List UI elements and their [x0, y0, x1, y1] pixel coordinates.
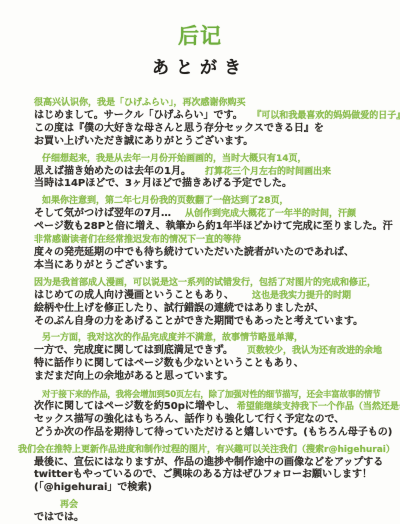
reflection-jp-unsatisfied: 一方で、完成度に関しては到底満足できず。	[34, 345, 233, 356]
next-work-jp-expect: どうか次の作品を期待して待っていただけると嬉しいです。(もちろん母子もの)	[34, 427, 396, 440]
first-work-jp-trial: 絵柄や仕上げを修正したり、試行錯誤の連続ではありましたが、	[34, 303, 396, 316]
greeting-jp-thanks: お買い上げいただき誠にありがとうございます。	[34, 136, 396, 149]
next-work-jp-sex: セックス描写の強化はもちろん、話作りも強化して行く予定なので、	[34, 414, 396, 427]
title-japanese: あとがき	[0, 53, 400, 78]
reflection-jp-room: まだまだ向上の余地があると思っています。	[34, 371, 396, 384]
twitter-jp-ad1: 最後に、宣伝にはなりますが、作品の進捗や制作途中の画像などをアップする	[34, 457, 396, 470]
farewell-cn-bye: 再会	[34, 499, 396, 512]
section-first-adult-work: 因为是我首部成人漫画，可以说是这一系列的试错发行，包括了对图片的完成和修正， は…	[34, 277, 396, 329]
first-work-jp-first: はじめての成人向け漫画ということもあり、	[34, 290, 234, 301]
section-greeting: 很高兴认识你，我是「ひげふらい」，再次感谢你购买 はじめまして。サークル「ひげふ…	[34, 97, 396, 149]
afterword-body: 很高兴认识你，我是「ひげふらい」，再次感谢你购买 はじめまして。サークル「ひげふ…	[34, 97, 396, 524]
first-work-jp-first-line: はじめての成人向け漫画ということもあり、这也是我实力提升的时期	[34, 290, 396, 303]
section-next-work: 对于接下来的作品，我将会增加到50页左右，除了加强对性的细节描写，还会丰富故事的…	[34, 388, 396, 440]
reflection-jp-story: 特に話作りに関してはページ数も少ないということもあり、	[34, 358, 396, 371]
section-delay: 如果你注意到，第二年七月份我的页数翻了一倍达到了28页， そして気がつけば翌年の…	[34, 195, 396, 272]
section-twitter: 我们会在推特上更新作品进度和制作过程的图片，有兴趣可以关注我们（搜索r@hige…	[34, 444, 396, 496]
twitter-cn-note: 我们会在推特上更新作品进度和制作过程的图片，有兴趣可以关注我们（搜索r@hige…	[18, 444, 396, 457]
next-work-jp-next: 次作に関してはページ数を約50pに増やし、	[34, 401, 235, 412]
greeting-jp-hello: はじめまして。サークル「ひげふらい」です。	[34, 110, 243, 121]
delay-jp-wait2: 本当にありがとうございます。	[34, 260, 396, 273]
afterword-page: 后记 あとがき 很高兴认识你，我是「ひげふらい」，再次感谢你购买 はじめまして。…	[0, 0, 400, 524]
next-work-cn-next: 对于接下来的作品，我将会增加到50页左右，除了加强对性的细节描写，还会丰富故事的…	[34, 388, 396, 401]
delay-jp-pages: ページ数も28Pと倍に増え、執筆から約1年半ほどかけて完成に至りました。汗	[34, 221, 396, 234]
farewell-jp-bye: ではでは。	[34, 512, 396, 524]
greeting-jp-hello-line: はじめまして。サークル「ひげふらい」です。『可以和我最喜欢的妈妈做爱的日子』	[34, 110, 396, 123]
production-jp-start: 思えば描き始めたのは去年の1月。	[34, 166, 191, 177]
delay-cn-time: 从创作到完成大概花了一年半的时间，汗颜	[185, 209, 356, 219]
production-jp-plan: 当時は14Pほどで、3ヶ月ほどで描きあげる予定でした。	[34, 178, 396, 191]
greeting-cn-book-title: 『可以和我最喜欢的妈妈做爱的日子』	[257, 111, 400, 121]
delay-jp-july: そして気がつけば翌年の7月…	[34, 208, 171, 219]
section-farewell: 再会 ではでは。	[34, 499, 396, 524]
delay-jp-july-line: そして気がつけば翌年の7月…从创作到完成大概花了一年半的时间，汗颜	[34, 208, 396, 221]
delay-jp-wait1: 度々の発売延期の中でも待ち続けていただいた読者がいたのであれば、	[34, 247, 396, 260]
greeting-cn-intro: 很高兴认识你，我是「ひげふらい」，再次感谢你购买	[34, 97, 396, 110]
delay-cn-double: 如果你注意到，第二年七月份我的页数翻了一倍达到了28页，	[34, 195, 396, 208]
reflection-cn-improve: 页数较少，我认为还有改进的余地	[247, 346, 382, 356]
next-work-cn-support: 希望能继续支持我下一个作品（当然还是母子）	[237, 402, 400, 412]
section-production: 仔细想起来，我是从去年一月份开始画画的，当时大概只有14页， 思えば描き始めたの…	[34, 153, 396, 192]
production-cn-start: 仔细想起来，我是从去年一月份开始画画的，当时大概只有14页，	[34, 153, 396, 166]
twitter-jp-ad2: twitterもやっているので、ご興味のある方はぜひフォローお願いします！	[34, 469, 396, 482]
section-reflection: 另一方面，我对这次的作品完成度并不满意，故事情节略显单薄， 一方で、完成度に関し…	[34, 332, 396, 384]
production-cn-plan: 打算花三个月左右的时间画出来	[205, 167, 331, 177]
delay-cn-wait: 非常感谢读者们在经常推迟发布的情况下一直的等待	[34, 234, 396, 247]
page-title: 后记 あとがき	[0, 0, 400, 78]
reflection-jp-unsatisfied-line: 一方で、完成度に関しては到底満足できず。页数较少，我认为还有改进的余地	[34, 345, 396, 358]
production-jp-start-line: 思えば描き始めたのは去年の1月。打算花三个月左右的时间画出来	[34, 166, 396, 179]
reflection-cn-unsatisfied: 另一方面，我对这次的作品完成度并不满意，故事情节略显单薄，	[34, 332, 396, 345]
first-work-cn-first: 因为是我首部成人漫画，可以说是这一系列的试错发行，包括了对图片的完成和修正，	[34, 277, 396, 290]
greeting-jp-book-line: この度は『僕の大好きな母さんと思う存分セックスできる日』を	[34, 123, 396, 136]
twitter-jp-search: (「@higehurai」で検索)	[34, 482, 396, 495]
title-chinese: 后记	[0, 20, 400, 50]
first-work-jp-growth: そのぶん自身の力をあげることができた期間でもあったと考えています。	[34, 316, 396, 329]
first-work-cn-growth: 这也是我实力提升的时期	[252, 291, 351, 301]
next-work-jp-next-line: 次作に関してはページ数を約50pに増やし、希望能继续支持我下一个作品（当然还是母…	[34, 401, 396, 414]
